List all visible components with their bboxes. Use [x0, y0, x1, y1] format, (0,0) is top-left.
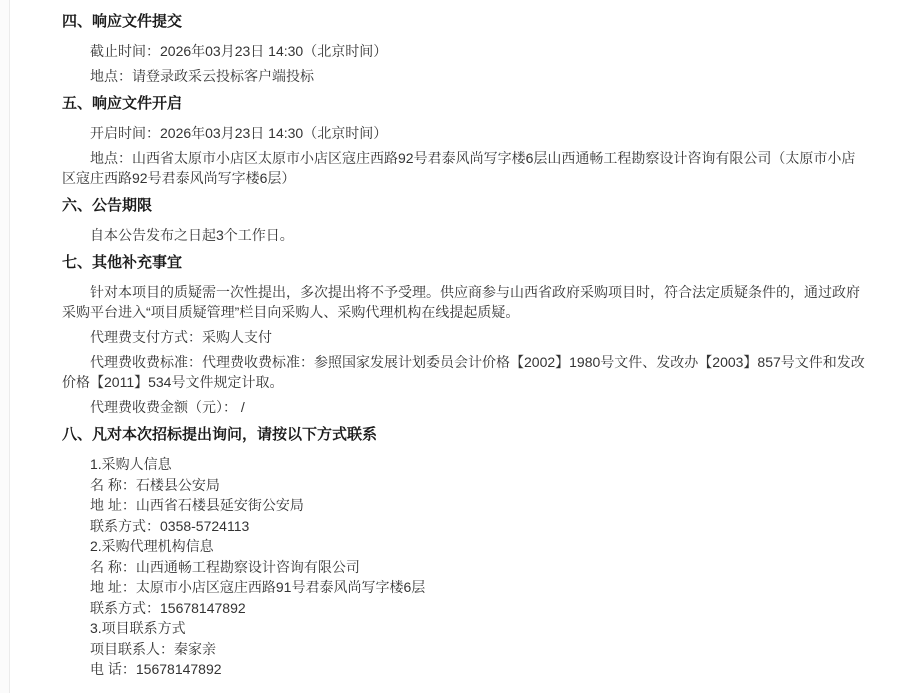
page-left-gutter [0, 0, 10, 693]
purchaser-name: 名 称：石楼县公安局 [62, 475, 867, 496]
project-contact-header: 3.项目联系方式 [62, 618, 867, 639]
agency-name: 名 称：山西通畅工程勘察设计咨询有限公司 [62, 557, 867, 578]
purchaser-contact: 联系方式：0358-5724113 [62, 516, 867, 537]
notice-document: 四、响应文件提交 截止时间：2026年03月23日 14:30（北京时间） 地点… [0, 0, 899, 680]
section-heading-response-submission: 四、响应文件提交 [62, 11, 867, 32]
agency-fee-standard: 代理费收费标准：代理费收费标准：参照国家发展计划委员会计价格【2002】1980… [62, 352, 867, 392]
project-contact-person: 项目联系人：秦家亲 [62, 639, 867, 660]
announcement-period: 自本公告发布之日起3个工作日。 [62, 225, 867, 245]
agency-info-header: 2.采购代理机构信息 [62, 536, 867, 557]
submission-location: 地点：请登录政采云投标客户端投标 [62, 66, 867, 86]
project-contact-phone: 电 话：15678147892 [62, 659, 867, 680]
agency-address: 地 址：太原市小店区寇庄西路91号君泰风尚写字楼6层 [62, 577, 867, 598]
opening-time: 开启时间：2026年03月23日 14:30（北京时间） [62, 123, 867, 143]
agency-fee-amount: 代理费收费金额（元）： / [62, 397, 867, 417]
opening-location: 地点：山西省太原市小店区太原市小店区寇庄西路92号君泰风尚写字楼6层山西通畅工程… [62, 148, 867, 188]
section-heading-response-opening: 五、响应文件开启 [62, 93, 867, 114]
agency-contact: 联系方式：15678147892 [62, 598, 867, 619]
submission-deadline: 截止时间：2026年03月23日 14:30（北京时间） [62, 41, 867, 61]
section-heading-contact-methods: 八、凡对本次招标提出询问，请按以下方式联系 [62, 424, 867, 445]
inquiry-policy: 针对本项目的质疑需一次性提出，多次提出将不予受理。供应商参与山西省政府采购项目时… [62, 282, 867, 322]
purchaser-address: 地 址：山西省石楼县延安街公安局 [62, 495, 867, 516]
contact-list: 1.采购人信息 名 称：石楼县公安局 地 址：山西省石楼县延安街公安局 联系方式… [62, 454, 867, 680]
agency-fee-payment-method: 代理费支付方式：采购人支付 [62, 327, 867, 347]
section-heading-announcement-period: 六、公告期限 [62, 195, 867, 216]
purchaser-info-header: 1.采购人信息 [62, 454, 867, 475]
section-heading-other-matters: 七、其他补充事宜 [62, 252, 867, 273]
